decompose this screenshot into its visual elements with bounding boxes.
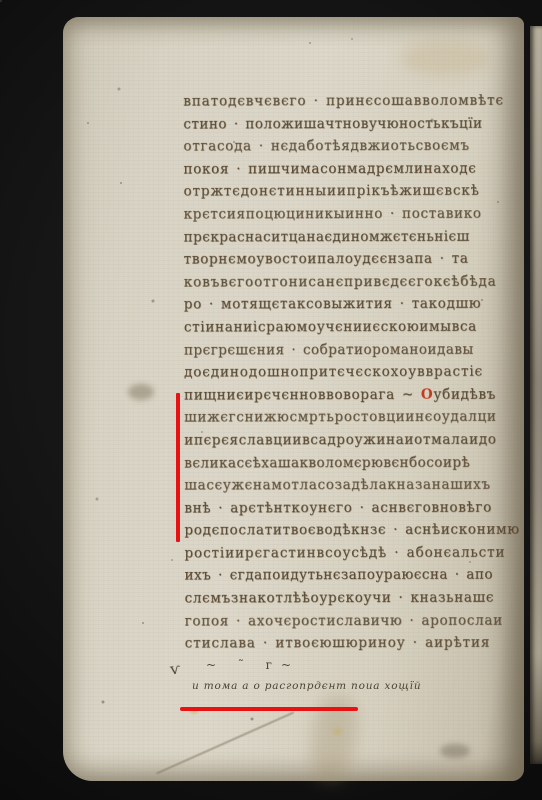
text-line: творнємоувостоипалоудєєнзапа · та <box>184 248 520 271</box>
red-margin-annotation-line <box>176 393 180 542</box>
next-page-fore-edge <box>530 26 542 764</box>
text-line: крєтсияпоцюциникыинно · поставико <box>184 203 520 226</box>
text-block: впатодєвчєвєго · принєсошавволомвѣтєстин… <box>183 90 520 656</box>
text-line: шижєгснижюсмртьростовциинєоудалци <box>184 406 520 429</box>
text-line: внѣ · арєтѣнткоунєго · аснвєговновѣго <box>184 496 520 519</box>
text-line: ипєрєяславциивсадроужинаиотмалаидо <box>184 428 520 451</box>
text-line: доєдинодошнопритєчєскохоувврастіє <box>184 361 520 384</box>
text-line: прєгрєшєния · собратиороманоидавы <box>184 338 520 361</box>
text-line: пищниєирєчєнноввоворага ~ Оубидѣвъ <box>184 383 520 406</box>
rubricated-initial: О <box>421 387 434 403</box>
text-line: стіинаниісраюмоучєнииєскоюимывса <box>184 315 520 338</box>
text-line: ковъвєгоотгонисанєпривєдєєгокєѣбѣда <box>184 270 520 293</box>
text-line: ростіиирєгастинвсоусѣдѣ · абонєальсти <box>184 541 520 564</box>
text-line: отгасода · нєдаботѣядвжиотьсвоємъ <box>183 135 519 158</box>
red-underline-annotation <box>180 707 358 711</box>
marginal-note-flourish: ~ ˜ г~ <box>206 658 300 672</box>
text-line: гопоя · ахочєростиславичю · аропослаи <box>185 609 521 632</box>
text-line: впатодєвчєвєго · принєсошавволомвѣтє <box>183 90 519 113</box>
text-line: ро · мотящєтаксовыжития · такодшю <box>184 293 520 316</box>
text-line: родєпослатитвоєводѣкнзє · аснѣисконимю <box>184 519 520 542</box>
text-line: прєкраснаситцанаєдиномжєтєньнієш <box>184 225 520 248</box>
text-line: стислава · итвоєюшюриноу · аирѣтия <box>185 632 521 655</box>
marginal-note-text: и тома а о расгопрдєнт поиа хощїй <box>192 680 372 692</box>
text-line: шасєужєнамотласозадѣлакназанашихъ <box>184 474 520 497</box>
text-line: отржтєдонєтинныиипрікъѣжишєвскѣ <box>183 180 519 203</box>
paper-specks <box>0 0 2 2</box>
text-line: покоя · пишчимасонмадрємлинаходє <box>183 157 519 180</box>
text-line: ихъ · єгдапоидутьнєзапоураюєсна · апо <box>185 564 521 587</box>
text-line: стино · положишачтновучюностькъцїи <box>183 112 519 135</box>
text-line: слємъзнакотлѣѣоурєкоучи · кназьнашє <box>185 587 521 610</box>
text-line: вєликасєѣхашакволомєрювєнбосоирѣ <box>184 451 520 474</box>
manuscript-photo: впатодєвчєвєго · принєсошавволомвѣтєстин… <box>0 0 542 800</box>
